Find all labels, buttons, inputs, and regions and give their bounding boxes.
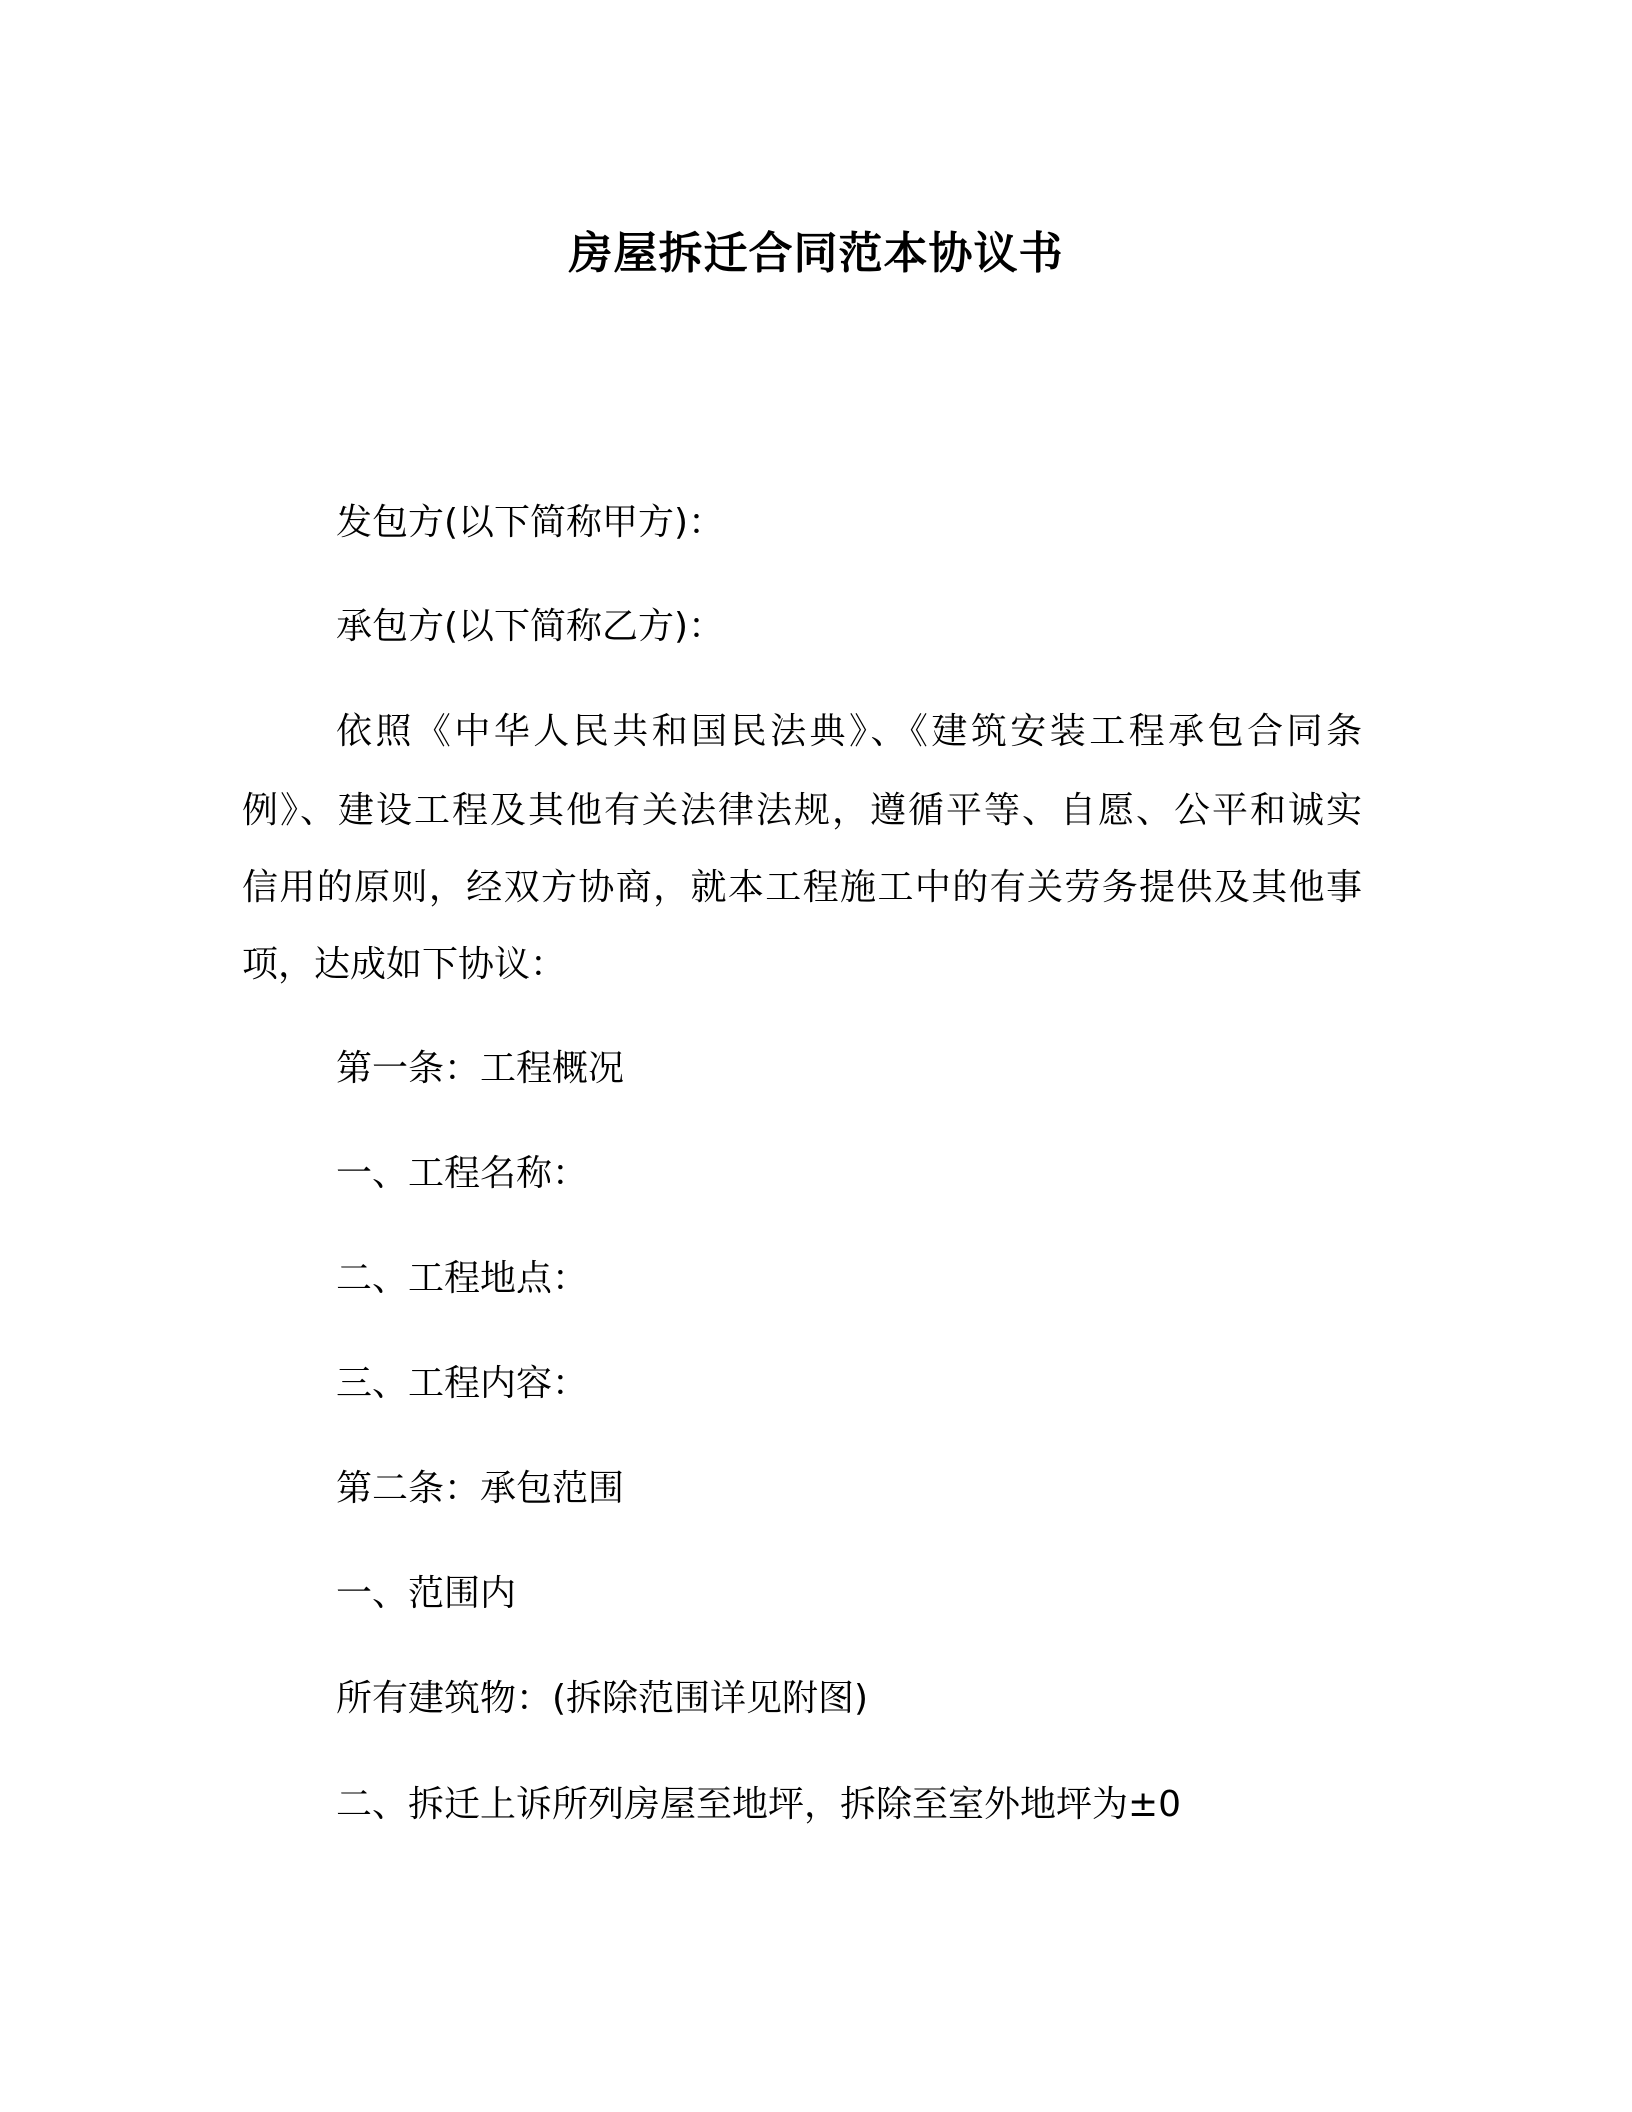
document-title: 房屋拆迁合同范本协议书 xyxy=(0,226,1632,282)
preamble-line-2: 例》、建设工程及其他有关法律法规，遵循平等、自愿、公平和诚实 xyxy=(242,787,1362,835)
document-page: 房屋拆迁合同范本协议书 发包方(以下简称甲方)： 承包方(以下简称乙方)： 依照… xyxy=(0,0,1632,2112)
article-1-heading: 第一条：工程概况 xyxy=(336,1045,624,1093)
party-b-line: 承包方(以下简称乙方)： xyxy=(336,603,724,651)
article-2-heading: 第二条：承包范围 xyxy=(336,1465,624,1513)
article-1-item-project-location: 二、工程地点： xyxy=(336,1255,588,1303)
article-2-item-all-buildings: 所有建筑物：(拆除范围详见附图) xyxy=(336,1675,868,1723)
article-2-item-demolition-level: 二、拆迁上诉所列房屋至地坪，拆除至室外地坪为±0 xyxy=(336,1781,1181,1829)
article-1-item-project-content: 三、工程内容： xyxy=(336,1360,588,1408)
preamble-line-4: 项，达成如下协议： xyxy=(242,941,566,989)
article-1-item-project-name: 一、工程名称： xyxy=(336,1150,588,1198)
preamble-line-3: 信用的原则，经双方协商，就本工程施工中的有关劳务提供及其他事 xyxy=(242,864,1362,912)
preamble-line-1: 依照《中华人民共和国民法典》、《建筑安装工程承包合同条 xyxy=(336,708,1362,756)
article-2-item-scope: 一、范围内 xyxy=(336,1570,516,1618)
party-a-line: 发包方(以下简称甲方)： xyxy=(336,499,724,547)
